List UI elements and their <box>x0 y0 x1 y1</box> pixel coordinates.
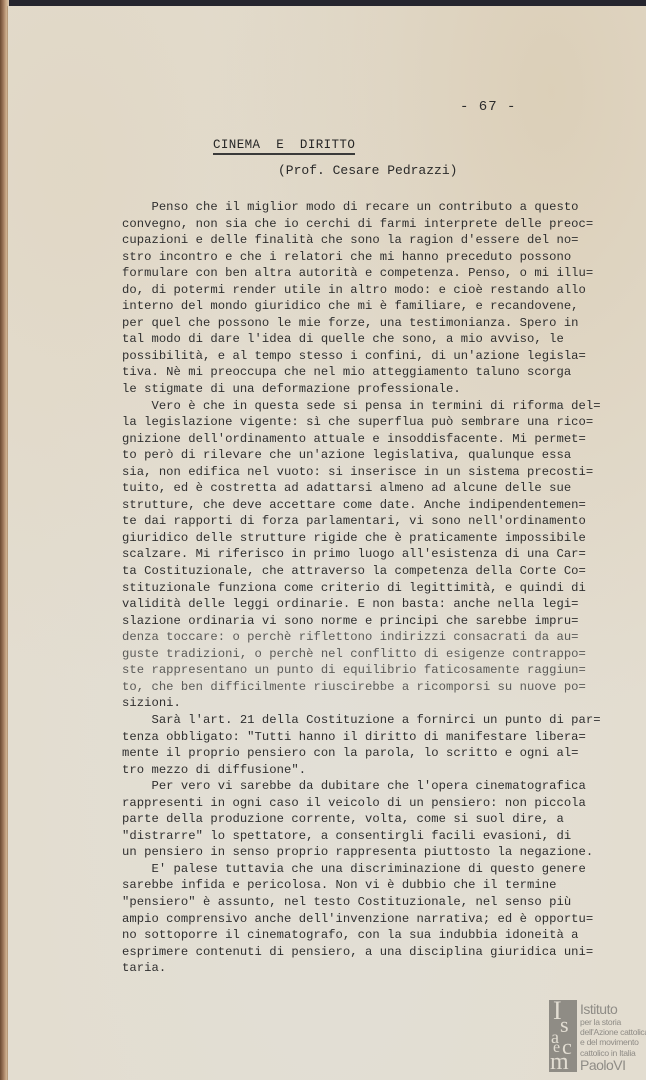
text-line: formulare con ben altra autorità e compe… <box>122 265 602 282</box>
text-line: ste rappresentano un punto di equilibrio… <box>122 662 602 679</box>
logo-line: dell'Azione cattolica <box>580 1027 646 1037</box>
text-line: Vero è che in questa sede si pensa in te… <box>122 398 602 415</box>
text-line: to però di rilevare che un'azione legisl… <box>122 447 602 464</box>
logo-line: Istituto <box>580 1002 646 1017</box>
text-line: Per vero vi sarebbe da dubitare che l'op… <box>122 778 602 795</box>
text-line: un pensiero in senso proprio rappresenta… <box>122 844 602 861</box>
logo-line: e del movimento <box>580 1037 646 1047</box>
text-line: ta Costituzionale, che attraverso la com… <box>122 563 602 580</box>
text-line: mente il proprio pensiero con la parola,… <box>122 745 602 762</box>
text-line: E' palese tuttavia che una discriminazio… <box>122 861 602 878</box>
text-line: guste tradizioni, o perchè nel conflitto… <box>122 646 602 663</box>
document-author: (Prof. Cesare Pedrazzi) <box>278 163 457 178</box>
text-line: "distrarre" lo spettatore, a consentirgl… <box>122 828 602 845</box>
text-line: esprimere contenuti di pensiero, a una d… <box>122 944 602 961</box>
text-line: stituzionale funziona come criterio di l… <box>122 580 602 597</box>
text-line: la legislazione vigente: sì che superflu… <box>122 414 602 431</box>
page-number: - 67 - <box>460 99 516 115</box>
text-line: denza toccare: o perchè riflettono indir… <box>122 629 602 646</box>
text-line: parte della produzione corrente, volta, … <box>122 811 602 828</box>
text-line: taria. <box>122 960 602 977</box>
text-line: tuito, ed è costretta ad adattarsi almen… <box>122 480 602 497</box>
text-line: slazione ordinaria vi sono norme e princ… <box>122 613 602 630</box>
text-line: scalzare. Mi riferisco in primo luogo al… <box>122 546 602 563</box>
text-line: tenza obbligato: "Tutti hanno il diritto… <box>122 729 602 746</box>
logo-letter: m <box>550 1050 569 1074</box>
text-line: do, di potermi render utile in altro mod… <box>122 282 602 299</box>
institute-logo: I s a e c m Istituto per la storia dell'… <box>549 1000 646 1074</box>
text-line: no sottoporre il cinematografo, con la s… <box>122 927 602 944</box>
text-line: validità delle leggi ordinarie. E non ba… <box>122 596 602 613</box>
document-body: Penso che il miglior modo di recare un c… <box>122 199 602 977</box>
text-line: interno del mondo giuridico che mi è fam… <box>122 298 602 315</box>
text-line: possibilità, e al tempo stesso i confini… <box>122 348 602 365</box>
logo-monogram-icon: I s a e c m <box>549 1000 577 1072</box>
text-line: gnizione dell'ordinamento attuale e inso… <box>122 431 602 448</box>
logo-line: PaoloVI <box>580 1058 646 1073</box>
document-title: CINEMA E DIRITTO <box>213 138 355 155</box>
text-line: ampio comprensivo anche dell'invenzione … <box>122 911 602 928</box>
text-line: sarebbe infida e pericolosa. Non vi è du… <box>122 877 602 894</box>
logo-line: per la storia <box>580 1017 646 1027</box>
text-line: tal modo di dare l'idea di quelle che so… <box>122 331 602 348</box>
document-page: - 67 - CINEMA E DIRITTO (Prof. Cesare Pe… <box>7 6 646 1080</box>
text-line: per quel che possono le mie forze, una t… <box>122 315 602 332</box>
text-line: cupazioni e delle finalità che sono la r… <box>122 232 602 249</box>
text-line: Sarà l'art. 21 della Costituzione a forn… <box>122 712 602 729</box>
text-line: giuridico delle strutture rigide che è p… <box>122 530 602 547</box>
text-line: tiva. Nè mi preoccupa che nel mio attegg… <box>122 364 602 381</box>
logo-text: Istituto per la storia dell'Azione catto… <box>580 1002 646 1073</box>
text-line: rappresenti in ogni caso il veicolo di u… <box>122 795 602 812</box>
text-line: sizioni. <box>122 695 602 712</box>
text-line: strutture, che deve accettare come date.… <box>122 497 602 514</box>
text-line: convegno, non sia che io cerchi di farmi… <box>122 216 602 233</box>
text-line: Penso che il miglior modo di recare un c… <box>122 199 602 216</box>
text-line: "pensiero" è assunto, nel testo Costituz… <box>122 894 602 911</box>
text-line: stro incontro e che i relatori che mi ha… <box>122 249 602 266</box>
text-line: sia, non edifica nel vuoto: si inserisce… <box>122 464 602 481</box>
text-line: to, che ben difficilmente riuscirebbe a … <box>122 679 602 696</box>
text-line: tro mezzo di diffusione". <box>122 762 602 779</box>
text-line: le stigmate di una deformazione professi… <box>122 381 602 398</box>
logo-letter: s <box>560 1014 569 1036</box>
text-line: te dai rapporti di forza parlamentari, v… <box>122 513 602 530</box>
